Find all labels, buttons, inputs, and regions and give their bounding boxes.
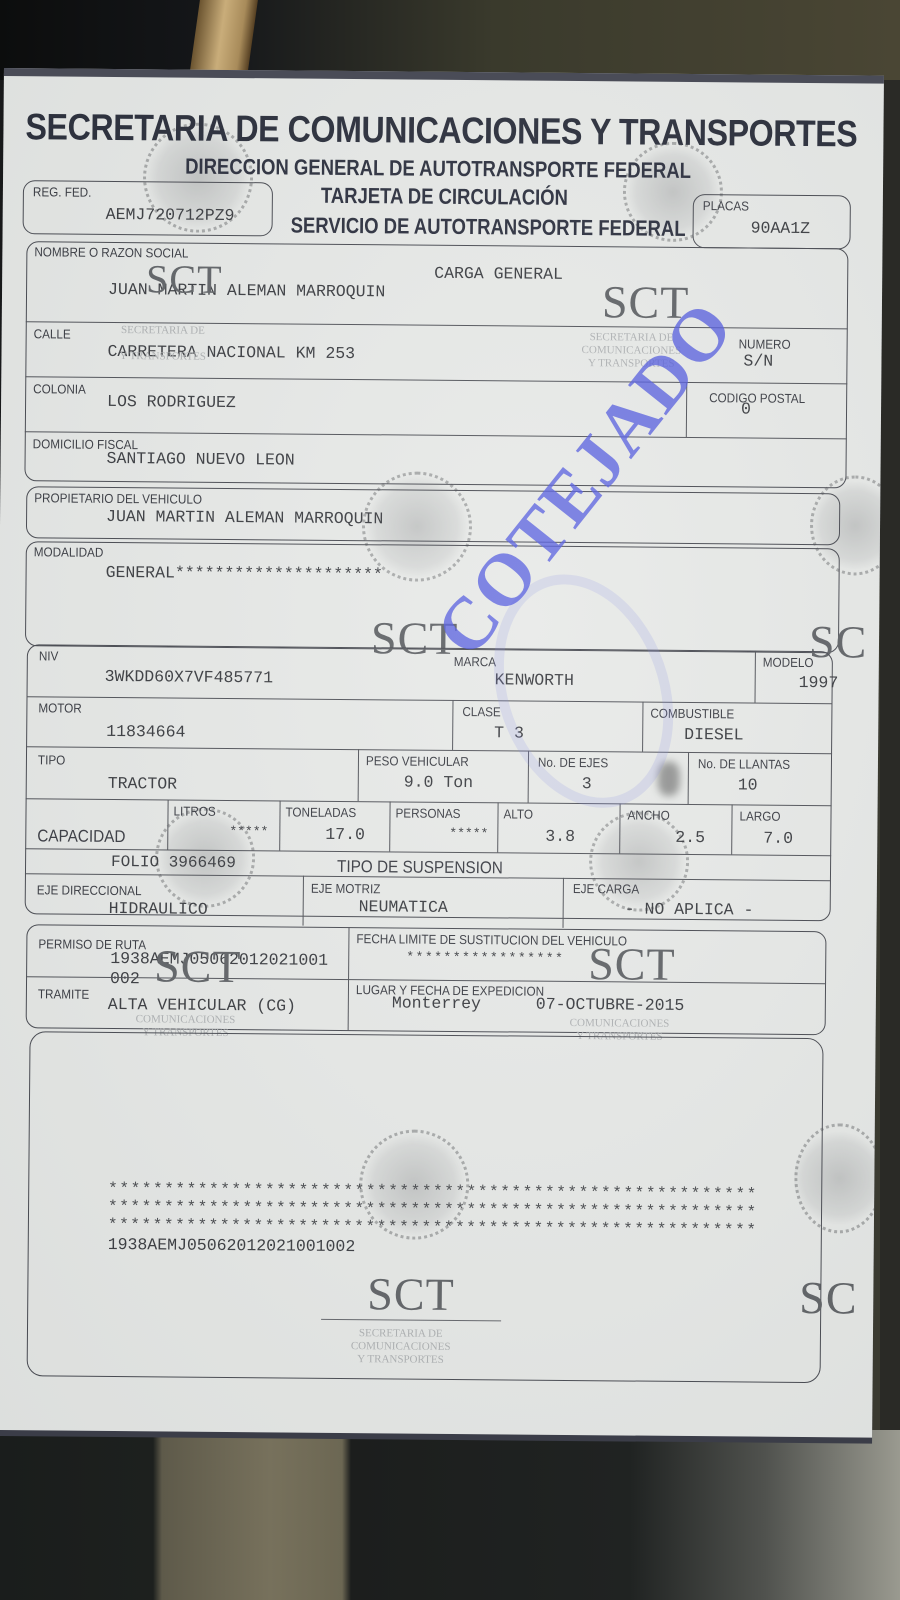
modelo-value: 1997	[799, 673, 839, 692]
eje-carga-label: EJE CARGA	[573, 881, 639, 897]
modelo-label: MODELO	[763, 655, 814, 670]
photo-background-top	[0, 0, 900, 80]
eje-carga-value: - NO APLICA -	[625, 899, 754, 919]
alto-value: 3.8	[545, 827, 575, 846]
fecha-value: 07-OCTUBRE-2015	[536, 995, 685, 1015]
tipo-value: TRACTOR	[108, 774, 177, 794]
fecha-limite-value: *****************	[406, 950, 564, 966]
modalidad-label: MODALIDAD	[34, 544, 104, 560]
toneladas-label: TONELADAS	[285, 804, 356, 820]
watermark-text: SECRETARIA DECOMUNICACIONESY TRANSPORTES	[351, 1327, 451, 1367]
card-type: TARJETA DE CIRCULACIÓN	[321, 183, 568, 211]
lugar-value: Monterrey	[392, 993, 481, 1013]
domicilio-fiscal-value: SANTIAGO NUEVO LEON	[107, 449, 295, 470]
largo-value: 7.0	[763, 829, 793, 848]
folio-number: 3966469	[169, 853, 236, 872]
eje-motriz-label: EJE MOTRIZ	[311, 881, 381, 897]
combustible-value: DIESEL	[684, 725, 744, 745]
service-type: SERVICIO DE AUTOTRANSPORTE FEDERAL	[291, 213, 686, 242]
no-llantas-label: No. DE LLANTAS	[698, 756, 790, 772]
sct-logo-icon: SC	[799, 1271, 858, 1325]
toneladas-value: 17.0	[325, 825, 365, 844]
motor-value: 11834664	[106, 722, 185, 742]
divider	[303, 876, 304, 926]
codigo-postal-label: CODIGO POSTAL	[709, 390, 805, 406]
alto-label: ALTO	[503, 806, 533, 821]
litros-label: LITROS	[173, 804, 215, 819]
photo-background-bottom	[0, 1430, 900, 1600]
reg-fed-label: REG. FED.	[33, 184, 92, 200]
calle-label: CALLE	[34, 326, 71, 341]
carga-general-value: CARGA GENERAL	[434, 264, 563, 284]
no-llantas-value: 10	[738, 775, 758, 794]
peso-vehicular-value: 9.0 Ton	[404, 773, 473, 793]
propietario-label: PROPIETARIO DEL VEHICULO	[34, 490, 202, 506]
divider	[563, 878, 564, 928]
reg-fed-value: AEMJ720712PZ9	[106, 205, 235, 225]
placas-label: PLACAS	[703, 198, 749, 213]
sct-logo-icon: SCT	[588, 937, 676, 991]
tramite-label: TRAMITE	[38, 986, 89, 1001]
clase-label: CLASE	[462, 704, 501, 719]
largo-label: LARGO	[739, 808, 780, 823]
motor-label: MOTOR	[38, 700, 81, 715]
niv-value: 3WKDD60X7VF485771	[105, 667, 273, 687]
peso-vehicular-label: PESO VEHICULAR	[366, 753, 469, 769]
codigo-postal-value: 0	[741, 399, 751, 418]
circulation-card: SECRETARIA DE COMUNICACIONES Y TRANSPORT…	[0, 68, 884, 1438]
fecha-limite-label: FECHA LIMITE DE SUSTITUCION DEL VEHICULO	[356, 931, 627, 948]
folio-value: FOLIO 3966469	[111, 853, 236, 872]
footer-code: 1938AEMJ05062012021001002	[108, 1235, 356, 1256]
placas-value: 90AA1Z	[751, 219, 811, 239]
modalidad-value: GENERAL*********************	[106, 563, 383, 584]
eje-direccional-value: HIDRAULICO	[109, 899, 208, 919]
eje-direccional-label: EJE DIRECCIONAL	[37, 882, 142, 898]
personas-value: *****	[449, 826, 488, 841]
niv-label: NIV	[39, 648, 59, 663]
sct-logo-icon: SCT	[146, 255, 223, 303]
eje-motriz-value: NEUMATICA	[359, 897, 448, 917]
folio-label: FOLIO	[111, 853, 159, 871]
photo-background-right	[880, 80, 900, 1440]
document-title: SECRETARIA DE COMUNICACIONES Y TRANSPORT…	[25, 106, 753, 154]
ancho-label: ANCHO	[627, 807, 669, 822]
colonia-label: COLONIA	[33, 381, 86, 396]
permiso-ruta-line2: 002	[110, 969, 140, 988]
colonia-value: LOS RODRIGUEZ	[107, 392, 236, 412]
sct-logo-icon: SCT	[367, 1267, 455, 1321]
document-subtitle: DIRECCION GENERAL DE AUTOTRANSPORTE FEDE…	[185, 154, 691, 184]
ancho-value: 2.5	[675, 828, 705, 847]
capacidad-label: CAPACIDAD	[37, 826, 125, 847]
propietario-value: JUAN MARTIN ALEMAN MARROQUIN	[106, 507, 383, 528]
personas-label: PERSONAS	[395, 805, 460, 821]
litros-value: *****	[229, 824, 268, 839]
sct-logo-icon: SCT	[154, 939, 242, 993]
photo-background-object	[190, 0, 258, 70]
watermark-text: SECRETARIA DEY TRANSPORTES	[119, 324, 206, 364]
numero-value: S/N	[743, 351, 773, 370]
tipo-label: TIPO	[38, 752, 65, 767]
